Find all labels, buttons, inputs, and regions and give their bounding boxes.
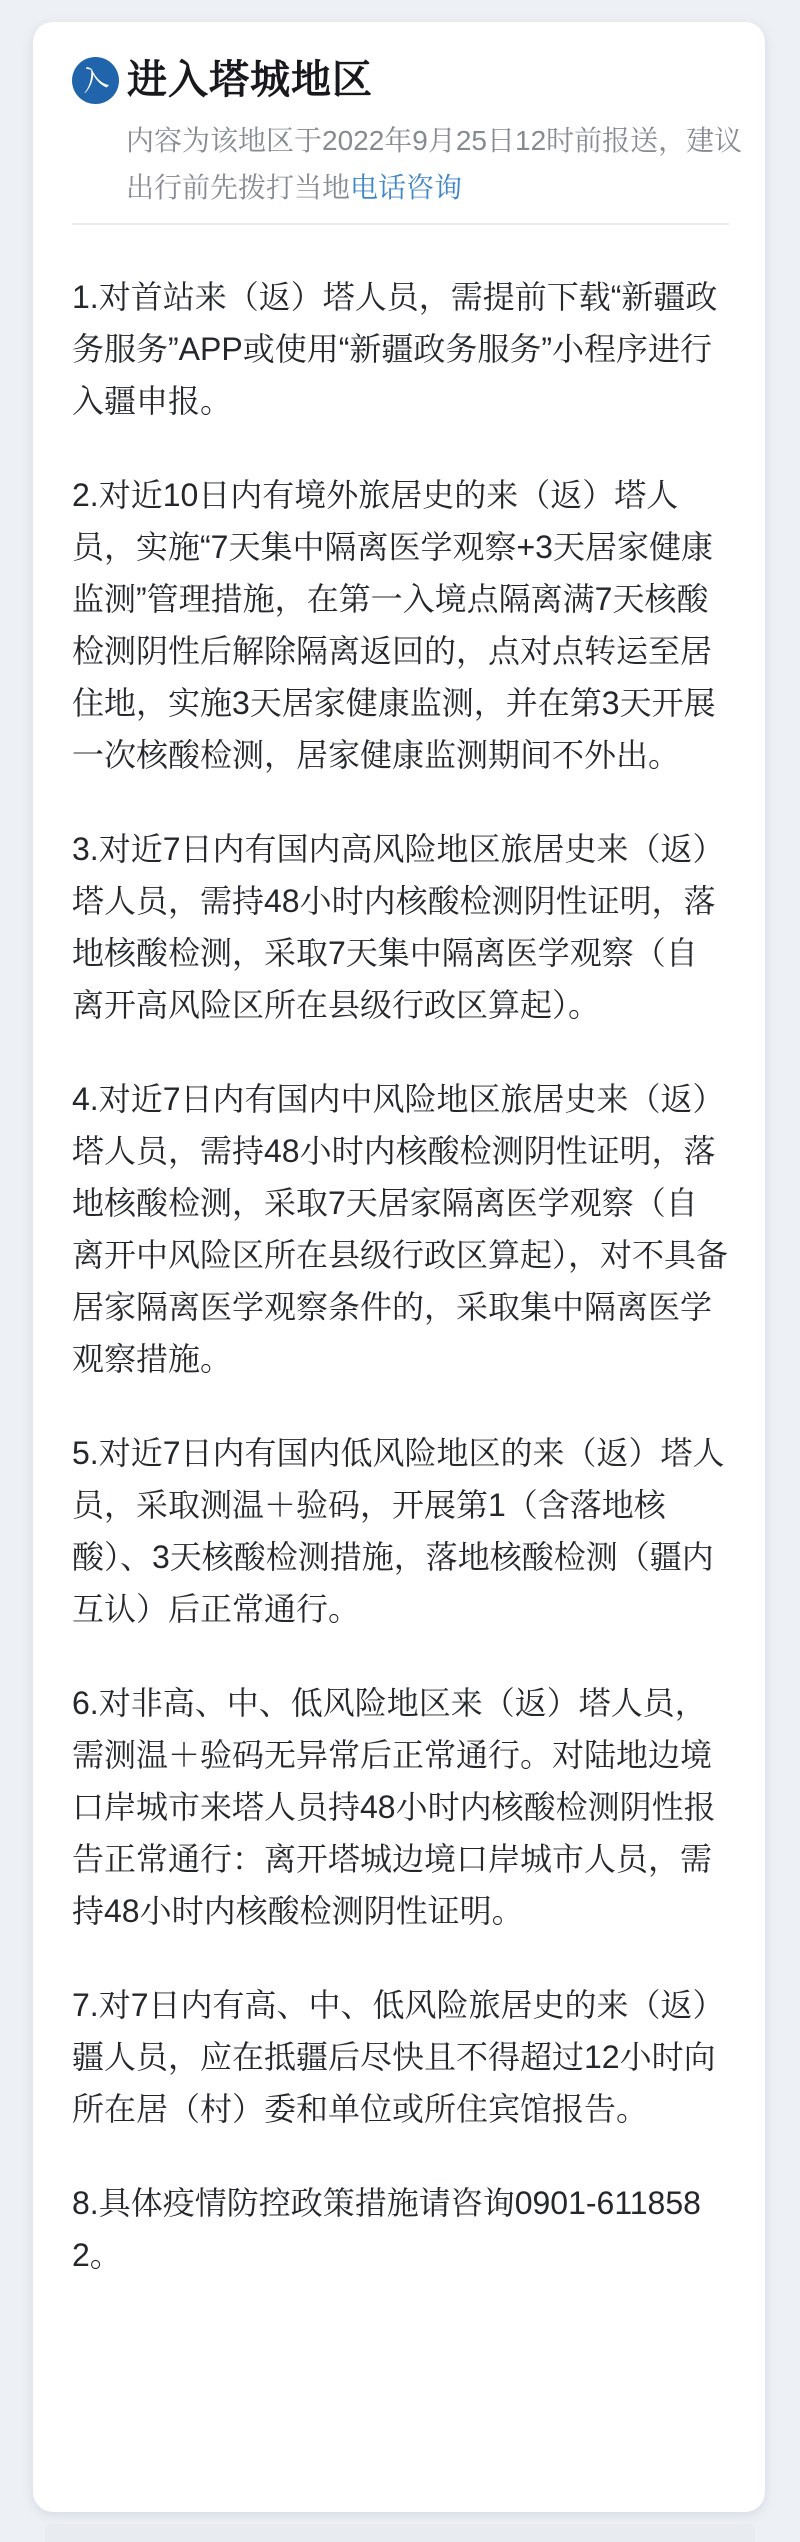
card-header: 入 进入塔城地区 内容为该地区于2022年9月25日12时前报送，建议出行前先拨…	[72, 56, 729, 211]
policy-item-3: 3.对近7日内有国内高风险地区旅居史来（返）塔人员，需持48小时内核酸检测阴性证…	[72, 823, 729, 1031]
page-title: 进入塔城地区	[127, 56, 373, 104]
enter-icon-glyph: 入	[78, 63, 111, 96]
header-row: 入 进入塔城地区	[72, 56, 729, 104]
next-card-edge	[45, 2524, 755, 2542]
policy-item-1: 1.对首站来（返）塔人员，需提前下载“新疆政务服务”APP或使用“新疆政务服务”…	[72, 271, 729, 427]
policy-list: 1.对首站来（返）塔人员，需提前下载“新疆政务服务”APP或使用“新疆政务服务”…	[72, 225, 729, 2281]
phone-consult-link[interactable]: 电话咨询	[350, 172, 462, 203]
report-time-note: 内容为该地区于2022年9月25日12时前报送，建议出行前先拨打当地电话咨询	[126, 117, 745, 211]
enter-region-icon: 入	[72, 57, 119, 104]
policy-item-7: 7.对7日内有高、中、低风险旅居史的来（返）疆人员，应在抵疆后尽快且不得超过12…	[72, 1979, 729, 2135]
policy-item-2: 2.对近10日内有境外旅居史的来（返）塔人员，实施“7天集中隔离医学观察+3天居…	[72, 469, 729, 781]
policy-item-6: 6.对非高、中、低风险地区来（返）塔人员，需测温＋验码无异常后正常通行。对陆地边…	[72, 1677, 729, 1937]
policy-item-5: 5.对近7日内有国内低风险地区的来（返）塔人员，采取测温＋验码，开展第1（含落地…	[72, 1427, 729, 1635]
page-background: 入 进入塔城地区 内容为该地区于2022年9月25日12时前报送，建议出行前先拨…	[0, 0, 800, 2542]
policy-item-4: 4.对近7日内有国内中风险地区旅居史来（返）塔人员，需持48小时内核酸检测阴性证…	[72, 1073, 729, 1385]
policy-item-8: 8.具体疫情防控政策措施请咨询0901-6118582。	[72, 2177, 729, 2281]
policy-card: 入 进入塔城地区 内容为该地区于2022年9月25日12时前报送，建议出行前先拨…	[33, 22, 765, 2512]
